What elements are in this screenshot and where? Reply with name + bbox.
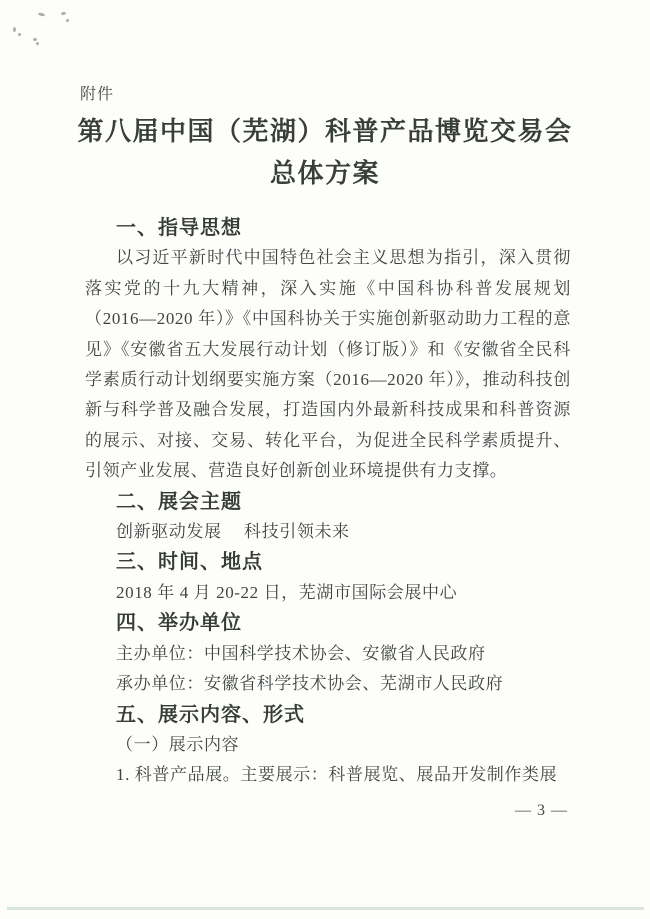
- document-title-line-2: 总体方案: [0, 153, 650, 190]
- exhibit-list-item-1: 1. 科普产品展。主要展示：科普展览、展品开发制作类展: [85, 760, 571, 790]
- page-bottom-scan-edge: [7, 907, 644, 910]
- subsection-5-1-heading: （一）展示内容: [85, 730, 571, 760]
- ink-speck: [61, 12, 67, 16]
- section-5-heading: 五、展示内容、形式: [85, 700, 571, 730]
- section-4-heading: 四、举办单位: [85, 608, 571, 638]
- scanned-document-page: 附件 第八届中国（芜湖）科普产品博览交易会 总体方案 一、指导思想 以习近平新时…: [0, 0, 650, 919]
- ink-speck: [13, 27, 16, 32]
- ink-speck: [38, 12, 46, 17]
- section-3-heading: 三、时间、地点: [85, 547, 571, 577]
- organizer-organizations: 承办单位：安徽省科学技术协会、芜湖市人民政府: [85, 669, 571, 699]
- ink-speck: [18, 33, 21, 36]
- document-body: 一、指导思想 以习近平新时代中国特色社会主义思想为指引，深入贯彻落实党的十九大精…: [85, 213, 571, 791]
- ink-speck: [66, 19, 69, 22]
- ink-speck: [33, 38, 37, 41]
- exhibition-theme: 创新驱动发展 科技引领未来: [85, 517, 571, 547]
- host-organizations: 主办单位：中国科学技术协会、安徽省人民政府: [85, 639, 571, 669]
- page-number: — 3 —: [515, 802, 568, 820]
- section-1-heading: 一、指导思想: [85, 213, 571, 243]
- section-2-heading: 二、展会主题: [85, 487, 571, 517]
- attachment-label: 附件: [80, 81, 114, 104]
- ink-speck: [36, 42, 39, 45]
- document-title-line-1: 第八届中国（芜湖）科普产品博览交易会: [0, 111, 650, 148]
- event-date-venue: 2018 年 4 月 20-22 日，芜湖市国际会展中心: [85, 578, 571, 608]
- section-1-paragraph: 以习近平新时代中国特色社会主义思想为指引，深入贯彻落实党的十九大精神，深入实施《…: [85, 243, 571, 486]
